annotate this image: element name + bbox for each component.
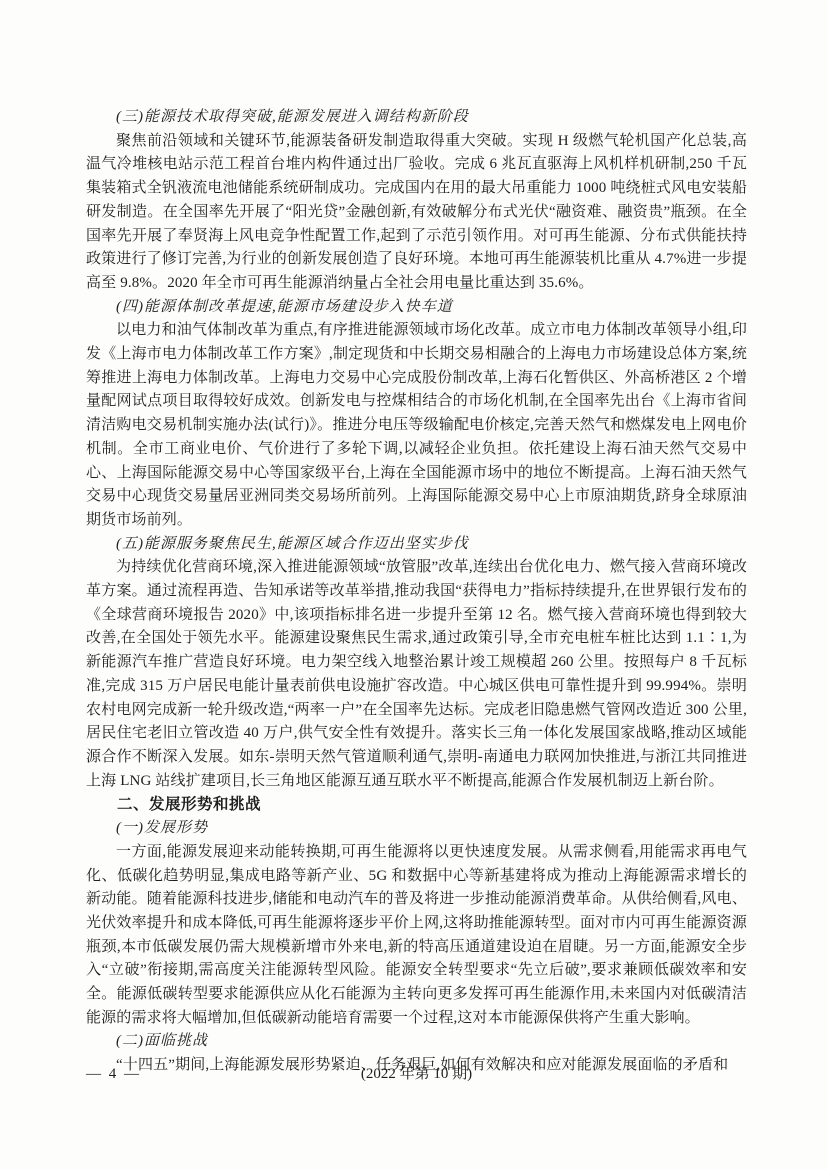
paragraph: 一方面,能源发展迎来动能转换期,可再生能源将以更快速度发展。从需求侧看,用能需求… [86,841,747,1031]
paragraph: (二)面临挑战 [86,1030,747,1054]
paragraph: (三)能源技术取得突破,能源发展进入调结构新阶段 [86,106,747,130]
page-footer: — 4 — (2022 年第 10 期) [86,1062,747,1086]
paragraph: 以电力和油气体制改革为重点,有序推进能源领域市场化改革。成立市电力体制改革领导小… [86,319,747,532]
paragraph: 聚焦前沿领域和关键环节,能源装备研发制造取得重大突破。实现 H 级燃气轮机国产化… [86,130,747,296]
paragraph: (一)发展形势 [86,817,747,841]
paragraph: (四)能源体制改革提速,能源市场建设步入快车道 [86,296,747,320]
issue-label: (2022 年第 10 期) [86,1062,747,1086]
paragraph: (五)能源服务聚焦民生,能源区域合作迈出坚实步伐 [86,533,747,557]
document-body: (三)能源技术取得突破,能源发展进入调结构新阶段聚焦前沿领域和关键环节,能源装备… [86,106,747,1078]
paragraph: 为持续优化营商环境,深入推进能源领域“放管服”改革,连续出台优化电力、燃气接入营… [86,556,747,793]
document-page: (三)能源技术取得突破,能源发展进入调结构新阶段聚焦前沿领域和关键环节,能源装备… [0,0,827,1170]
paragraph: 二、发展形势和挑战 [86,793,747,817]
